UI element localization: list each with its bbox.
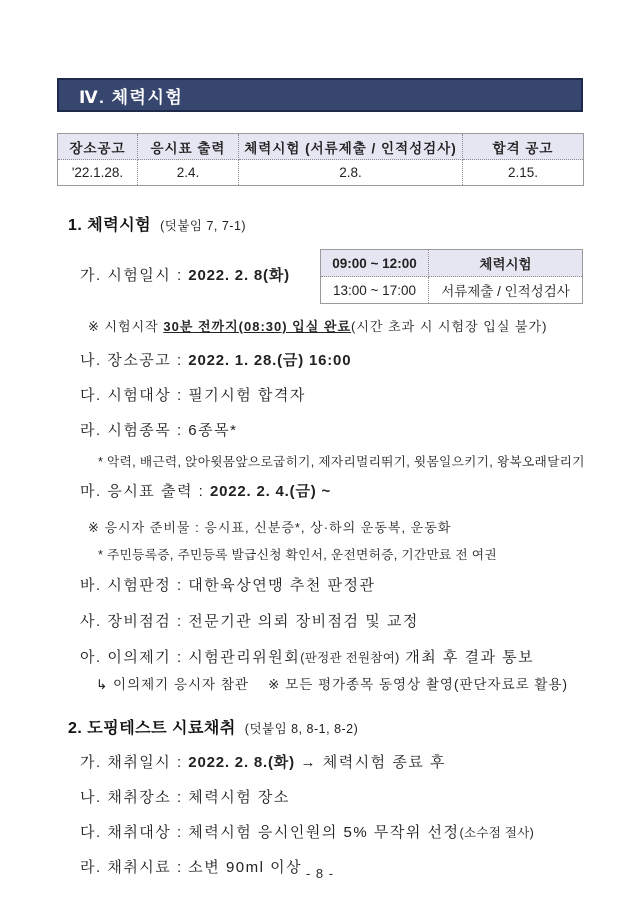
- judging-line: 바. 시험판정 : 대한육상연맹 추천 판정관: [80, 577, 640, 596]
- venue-notice-line: 나. 장소공고 : 2022. 1. 28.(금) 16:00: [80, 352, 640, 371]
- collection-place-line: 나. 채취장소 : 체력시험 장소: [80, 789, 640, 808]
- objection-value-detail: (판정관 전원참여): [300, 651, 399, 665]
- judging-label: 바. 시험판정 :: [80, 577, 188, 594]
- table-header-row: 장소공고 응시표 출력 체력시험 (서류제출 / 인적성검사) 합격 공고: [58, 134, 584, 160]
- ticket-print-label: 마. 응시표 출력 :: [80, 483, 210, 500]
- col-header-fitness-test: 체력시험 (서류제출 / 인적성검사): [239, 134, 463, 160]
- supplies-note: ※ 응시자 준비물 : 응시표, 신분증*, 상·하의 운동복, 운동화: [88, 517, 640, 536]
- collection-datetime-value: 2022. 2. 8.(화): [188, 754, 295, 771]
- entry-note-prefix: ※ 시험시작: [88, 319, 163, 334]
- entry-note-suffix: (시간 초과 시 시험장 입실 불가): [351, 319, 547, 334]
- collection-datetime-label: 가. 채취일시 :: [80, 754, 188, 771]
- section2-title: 2. 도핑테스트 시료채취: [68, 720, 236, 737]
- timetable-row-afternoon: 13:00 ~ 17:00 서류제출 / 인적성검사: [321, 277, 583, 304]
- timetable-row-morning: 09:00 ~ 12:00 체력시험: [321, 250, 583, 277]
- collection-place-value: 체력시험 장소: [188, 789, 290, 806]
- objection-subnote: ↳ 이의제기 응시자 참관 ※ 모든 평가종목 동영상 촬영(판단자료로 활용): [96, 673, 640, 693]
- section2-attachment-note: (덧붙임 8, 8-1, 8-2): [245, 722, 359, 736]
- objection-line: 아. 이의제기 : 시험관리위원회(판정관 전원참여) 개최 후 결과 통보: [80, 649, 640, 668]
- venue-notice-value: 2022. 1. 28.(금) 16:00: [188, 352, 351, 369]
- section1-title: 1. 체력시험: [68, 217, 151, 234]
- collection-datetime-suffix: → 체력시험 종료 후: [295, 754, 446, 771]
- col-header-venue-notice: 장소공고: [58, 134, 138, 160]
- collection-target-value: 체력시험 응시인원의 5% 무작위 선정: [188, 824, 459, 841]
- equipment-value: 전문기관 의뢰 장비점검 및 교정: [188, 613, 419, 630]
- section2-heading: 2. 도핑테스트 시료채취 (덧붙임 8, 8-1, 8-2): [68, 715, 640, 738]
- objection-label: 아. 이의제기 :: [80, 649, 188, 666]
- col-header-pass-announcement: 합격 공고: [463, 134, 584, 160]
- events-label: 라. 시험종목 :: [80, 422, 188, 439]
- collection-datetime-line: 가. 채취일시 : 2022. 2. 8.(화) → 체력시험 종료 후: [80, 754, 640, 773]
- supplies-footnote: * 주민등록증, 주민등록 발급신청 확인서, 운전면허증, 기간만료 전 여권: [98, 544, 640, 563]
- schedule-overview-table: 장소공고 응시표 출력 체력시험 (서류제출 / 인적성검사) 합격 공고 '2…: [57, 133, 584, 186]
- entry-note-emphasis: 30분 전까지(08:30) 입실 완료: [163, 319, 351, 334]
- events-line: 라. 시험종목 : 6종목*: [80, 422, 640, 441]
- timetable-afternoon-activity: 서류제출 / 인적성검사: [429, 277, 583, 304]
- eligibility-value: 필기시험 합격자: [188, 387, 306, 404]
- cell-venue-date: '22.1.28.: [58, 160, 138, 186]
- eligibility-label: 다. 시험대상 :: [80, 387, 188, 404]
- section-title: Ⅳ. 체력시험: [79, 83, 183, 108]
- exam-datetime-line: 가. 시험일시 : 2022. 2. 8(화): [80, 267, 290, 286]
- collection-target-line: 다. 채취대상 : 체력시험 응시인원의 5% 무작위 선정(소수점 절사): [80, 824, 640, 843]
- equipment-label: 사. 장비점검 :: [80, 613, 188, 630]
- exam-datetime-label: 가. 시험일시 :: [80, 267, 188, 284]
- exam-datetime-value: 2022. 2. 8(화): [188, 267, 290, 284]
- eligibility-line: 다. 시험대상 : 필기시험 합격자: [80, 387, 640, 406]
- document-page: Ⅳ. 체력시험 장소공고 응시표 출력 체력시험 (서류제출 / 인적성검사) …: [0, 0, 640, 905]
- venue-notice-label: 나. 장소공고 :: [80, 352, 188, 369]
- timetable-morning-activity: 체력시험: [429, 250, 583, 277]
- page-number: - 8 -: [0, 866, 640, 881]
- objection-value-rest: 개최 후 결과 통보: [400, 649, 535, 666]
- cell-ticket-date: 2.4.: [138, 160, 239, 186]
- table-row: '22.1.28. 2.4. 2.8. 2.15.: [58, 160, 584, 186]
- section-title-bar: Ⅳ. 체력시험: [57, 78, 583, 112]
- cell-pass-date: 2.15.: [463, 160, 584, 186]
- collection-target-label: 다. 채취대상 :: [80, 824, 188, 841]
- timetable-afternoon-time: 13:00 ~ 17:00: [321, 277, 429, 304]
- judging-value: 대한육상연맹 추천 판정관: [188, 577, 375, 594]
- collection-place-label: 나. 채취장소 :: [80, 789, 188, 806]
- col-header-ticket-print: 응시표 출력: [138, 134, 239, 160]
- cell-test-date: 2.8.: [239, 160, 463, 186]
- exam-datetime-row: 가. 시험일시 : 2022. 2. 8(화) 09:00 ~ 12:00 체력…: [80, 249, 583, 304]
- section1-heading: 1. 체력시험 (덧붙임 7, 7-1): [68, 212, 640, 235]
- ticket-print-value: 2022. 2. 4.(금) ~: [210, 483, 331, 500]
- equipment-line: 사. 장비점검 : 전문기관 의뢰 장비점검 및 교정: [80, 613, 640, 632]
- timetable-morning-time: 09:00 ~ 12:00: [321, 250, 429, 277]
- ticket-print-line: 마. 응시표 출력 : 2022. 2. 4.(금) ~: [80, 483, 640, 502]
- events-footnote: * 악력, 배근력, 앉아윗몸앞으로굽히기, 제자리멀리뛰기, 윗몸일으키기, …: [98, 451, 640, 470]
- events-value: 6종목*: [188, 422, 237, 439]
- collection-target-detail: (소수점 절사): [460, 826, 535, 840]
- objection-value: 시험관리위원회: [188, 649, 300, 666]
- exam-timetable: 09:00 ~ 12:00 체력시험 13:00 ~ 17:00 서류제출 / …: [320, 249, 583, 304]
- entry-deadline-note: ※ 시험시작 30분 전까지(08:30) 입실 완료(시간 초과 시 시험장 …: [88, 316, 640, 335]
- section1-attachment-note: (덧붙임 7, 7-1): [160, 219, 246, 233]
